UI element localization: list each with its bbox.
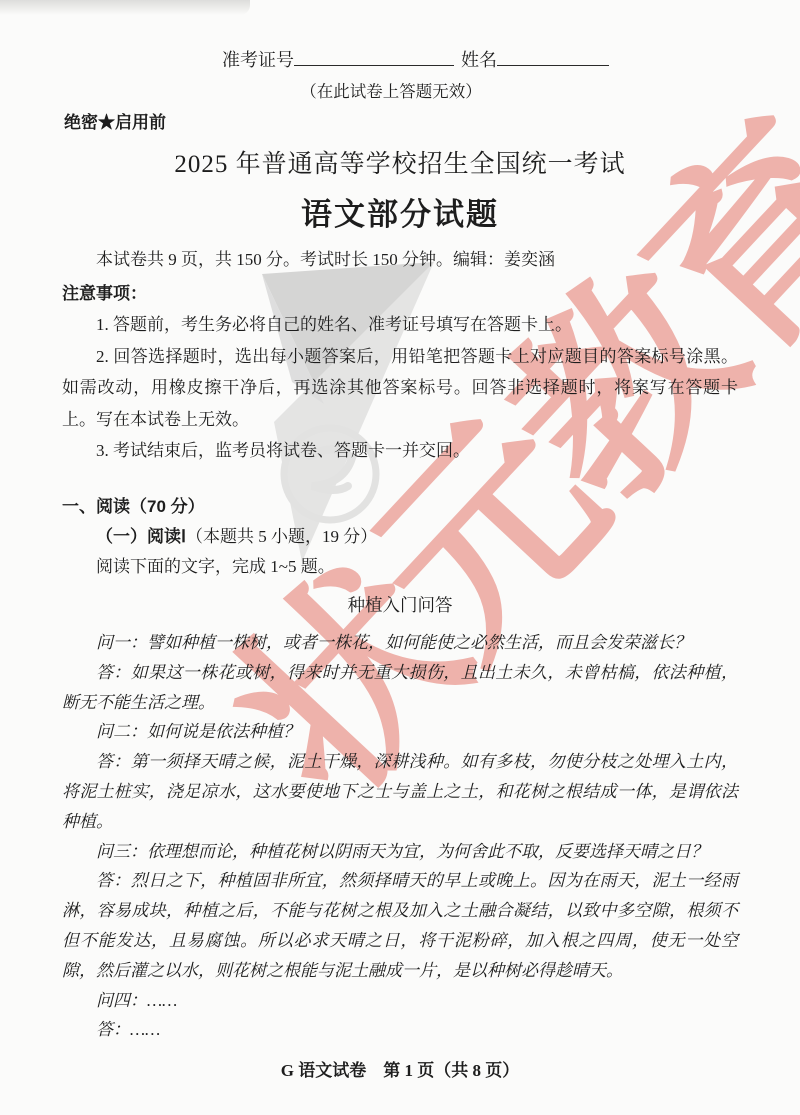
exam-title: 2025 年普通高等学校招生全国统一考试 — [0, 144, 800, 180]
admission-number-label: 准考证号 — [222, 50, 294, 70]
name-label: 姓名 — [461, 50, 497, 70]
passage-qa-block: 问一：譬如种植一株树，或者一株花，如何能使之必然生活，而且会发荣滋长？ 答：如果… — [62, 628, 738, 1045]
subsection-meta: （本题共 5 小题，19 分） — [186, 527, 377, 546]
instructions-block: 本试卷共 9 页，共 150 分。考试时长 150 分钟。编辑：姜奕涵 注意事项… — [62, 244, 738, 467]
invalid-note: （在此试卷上答题无效） — [0, 78, 782, 102]
name-blank — [497, 48, 609, 66]
paper-meta: 本试卷共 9 页，共 150 分。考试时长 150 分钟。编辑：姜奕涵 — [62, 244, 738, 276]
notice-item-3: 3. 考试结束后，监考员将试卷、答题卡一并交回。 — [62, 435, 738, 467]
answer-4: 答：…… — [62, 1015, 738, 1045]
page-footer: G 语文试卷 第 1 页（共 8 页） — [0, 1056, 800, 1081]
paper-title: 语文部分试题 — [0, 189, 800, 234]
answer-1: 答：如果这一株花或树，得来时并无重大损伤，且出土未久，未曾枯槁，依法种植，断无不… — [62, 658, 738, 718]
question-4: 问四：…… — [62, 986, 738, 1016]
question-2: 问二：如何说是依法种植？ — [62, 717, 738, 747]
subsection-title-row: （一）阅读Ⅰ（本题共 5 小题，19 分） — [62, 522, 738, 552]
exam-paper-page: 状元教育 准考证号姓名 （在此试卷上答题无效） 绝密★启用前 2025 年普通高… — [0, 0, 800, 1115]
candidate-fields-row: 准考证号姓名 — [222, 46, 609, 72]
secrecy-label: 绝密★启用前 — [64, 108, 166, 133]
passage-title: 种植入门问答 — [0, 592, 800, 618]
notes-heading: 注意事项： — [62, 278, 738, 310]
admission-number-blank — [294, 48, 454, 66]
reading-instruction: 阅读下面的文字，完成 1~5 题。 — [62, 552, 738, 582]
section-heading-block: 一、阅读（70 分） （一）阅读Ⅰ（本题共 5 小题，19 分） 阅读下面的文字… — [62, 492, 738, 582]
notice-item-1: 1. 答题前，考生务必将自己的姓名、准考证号填写在答题卡上。 — [62, 309, 738, 341]
answer-3: 答：烈日之下，种植固非所宜，然须择晴天的早上或晚上。因为在雨天，泥土一经雨淋，容… — [62, 866, 738, 985]
answer-2: 答：第一须择天晴之候，泥土干燥，深耕浅种。如有多枝，勿使分枝之处埋入土内，将泥土… — [62, 747, 738, 836]
section-title: 一、阅读（70 分） — [62, 492, 738, 522]
question-1: 问一：譬如种植一株树，或者一株花，如何能使之必然生活，而且会发荣滋长？ — [62, 628, 738, 658]
notice-item-2: 2. 回答选择题时，选出每小题答案后，用铅笔把答题卡上对应题目的答案标号涂黑。如… — [62, 341, 738, 436]
subsection-title: （一）阅读Ⅰ — [96, 527, 186, 546]
question-3: 问三：依理想而论，种植花树以阴雨天为宜，为何舍此不取，反要选择天晴之日？ — [62, 837, 738, 867]
document-content: 准考证号姓名 （在此试卷上答题无效） 绝密★启用前 2025 年普通高等学校招生… — [0, 0, 800, 1115]
